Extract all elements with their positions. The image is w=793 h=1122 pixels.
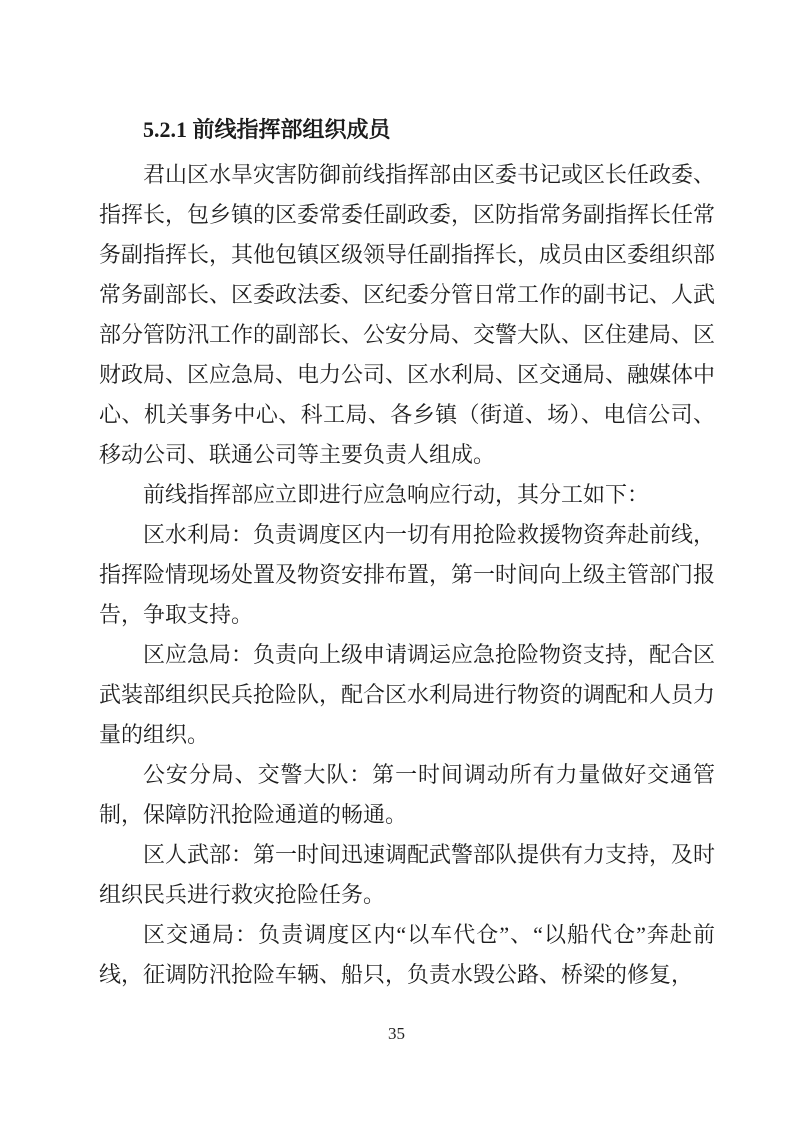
paragraph-action-lead: 前线指挥部应立即进行应急响应行动，其分工如下： xyxy=(99,475,715,515)
page-number: 35 xyxy=(0,1022,793,1046)
paragraph-intro: 君山区水旱灾害防御前线指挥部由区委书记或区长任政委、指挥长，包乡镇的区委常委任副… xyxy=(99,155,715,475)
paragraph-military-dept: 区人武部：第一时间迅速调配武警部队提供有力支持，及时组织民兵进行救灾抢险任务。 xyxy=(99,835,715,915)
page-content: 5.2.1 前线指挥部组织成员 君山区水旱灾害防御前线指挥部由区委书记或区长任政… xyxy=(99,110,715,995)
document-page: 5.2.1 前线指挥部组织成员 君山区水旱灾害防御前线指挥部由区委书记或区长任政… xyxy=(0,0,793,1122)
paragraph-emergency-bureau: 区应急局：负责向上级申请调运应急抢险物资支持，配合区武装部组织民兵抢险队，配合区… xyxy=(99,635,715,755)
paragraph-police-traffic: 公安分局、交警大队：第一时间调动所有力量做好交通管制，保障防汛抢险通道的畅通。 xyxy=(99,755,715,835)
paragraph-water-bureau: 区水利局：负责调度区内一切有用抢险救援物资奔赴前线，指挥险情现场处置及物资安排布… xyxy=(99,515,715,635)
section-heading: 5.2.1 前线指挥部组织成员 xyxy=(99,110,715,150)
paragraph-transport-bureau: 区交通局：负责调度区内“以车代仓”、“以船代仓”奔赴前线，征调防汛抢险车辆、船只… xyxy=(99,915,715,995)
